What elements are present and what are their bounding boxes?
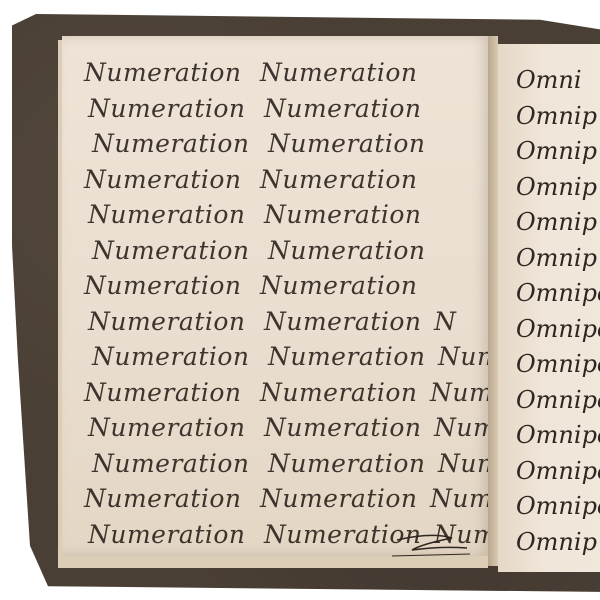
handwritten-word: Numeration — [88, 200, 246, 229]
handwritten-word: Numeration — [84, 58, 242, 87]
handwritten-word: Omnipo — [516, 350, 600, 378]
book-gutter — [488, 36, 498, 566]
handwritten-word: Numeration — [264, 307, 422, 336]
handwritten-word: Numeration — [268, 129, 426, 158]
handwritten-word: Numeration — [260, 484, 418, 513]
handwritten-word: Numeration — [264, 94, 422, 123]
handwritten-word: Omnip — [516, 173, 597, 201]
pen-flourish — [392, 528, 472, 558]
handwritten-word: Numeration — [260, 58, 418, 87]
left-page: NumerationNumerationNumerationNumeration… — [62, 36, 492, 556]
handwritten-word: Numeration — [260, 271, 418, 300]
handwritten-word: Omnip — [516, 102, 597, 130]
handwritten-word: Numeration — [92, 236, 250, 265]
handwritten-word: Omnipo — [516, 315, 600, 343]
handwritten-word: Numeration — [92, 449, 250, 478]
handwritten-word: Omnipo — [516, 386, 600, 414]
handwritten-word: Numeration — [260, 378, 418, 407]
handwritten-word: Numeration — [84, 271, 242, 300]
handwritten-word: Numeration — [264, 413, 422, 442]
handwritten-word: Numeration — [84, 484, 242, 513]
handwritten-word: Omni — [516, 66, 582, 94]
handwritten-word: Numeration — [260, 165, 418, 194]
handwritten-word: Numeration — [268, 236, 426, 265]
handwritten-word: Numeration — [88, 520, 246, 549]
handwritten-word: Omnip — [516, 137, 597, 165]
handwritten-word: Numeration — [88, 94, 246, 123]
handwritten-word: Omnip — [516, 208, 597, 236]
handwritten-word: Omnipo — [516, 279, 600, 307]
handwritten-word: Numeration — [268, 342, 426, 371]
handwritten-word: Omnipot — [516, 492, 600, 520]
handwritten-word: Num — [430, 378, 493, 407]
handwritten-word: Numeration — [84, 378, 242, 407]
handwritten-word: N — [434, 307, 456, 336]
handwritten-word: Numeration — [92, 129, 250, 158]
handwritten-word: Omnipo — [516, 421, 600, 449]
handwritten-word: Numeration — [268, 449, 426, 478]
right-page: OmniOmnipOmnipOmnipOmnipOmnipOmnipoOmnip… — [498, 44, 600, 572]
handwritten-word: Numeration — [84, 165, 242, 194]
handwritten-word: Numeration — [92, 342, 250, 371]
handwritten-word: Omnipot — [516, 457, 600, 485]
handwritten-word: Numeration — [264, 200, 422, 229]
handwritten-word: Numeration — [88, 307, 246, 336]
handwritten-word: Omnip — [516, 528, 597, 556]
handwritten-word: Numeration — [88, 413, 246, 442]
handwritten-word: Omnip — [516, 244, 597, 272]
